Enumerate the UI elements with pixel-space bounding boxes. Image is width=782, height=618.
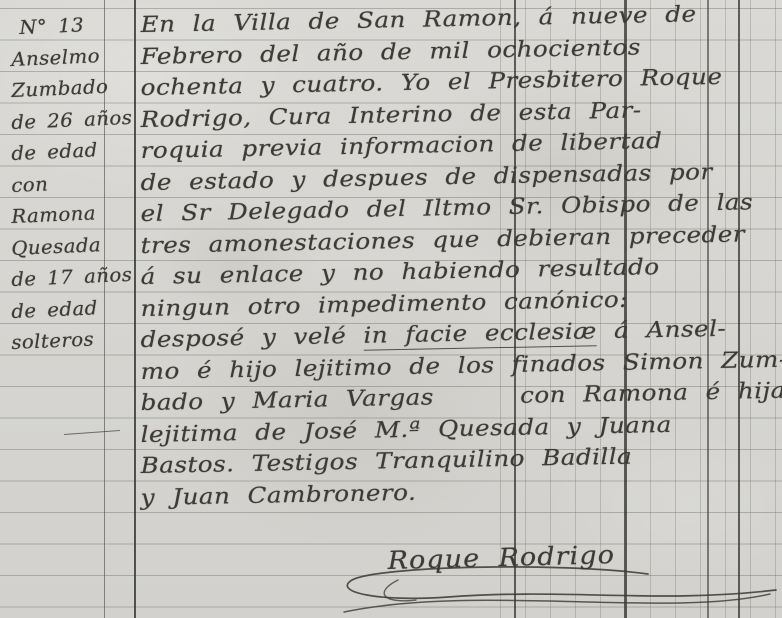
- margin-line-bride-name: Ramona: [11, 198, 137, 233]
- margin-line-groom-surname: Zumbado: [11, 72, 137, 107]
- margin-entry-number: N° 13: [19, 9, 145, 44]
- line11-pre: desposé y velé: [140, 324, 363, 353]
- right-grid-dark-line-4: [738, 0, 740, 618]
- line11-post: á Ansel-: [597, 317, 727, 344]
- margin-line-bride-age: de 17 años: [11, 261, 137, 296]
- underlined-latin-phrase: in facie ecclesiæ: [363, 319, 597, 350]
- margin-line-groom-name: Anselmo: [11, 40, 137, 75]
- margin-line-groom-age: de 26 años: [11, 103, 137, 138]
- margin-line-con: con: [11, 166, 137, 201]
- margin-line-bride-age2: de edad: [11, 292, 137, 327]
- body-line-16: y Juan Cambronero.: [140, 478, 416, 514]
- margin-line-bride-surname: Quesada: [11, 229, 137, 264]
- signature-flourish: [338, 566, 782, 618]
- margin-line-groom-age2: de edad: [11, 135, 137, 170]
- document-scan: N° 13 Anselmo Zumbado de 26 años de edad…: [0, 0, 782, 618]
- margin-line-status: solteros: [11, 324, 137, 359]
